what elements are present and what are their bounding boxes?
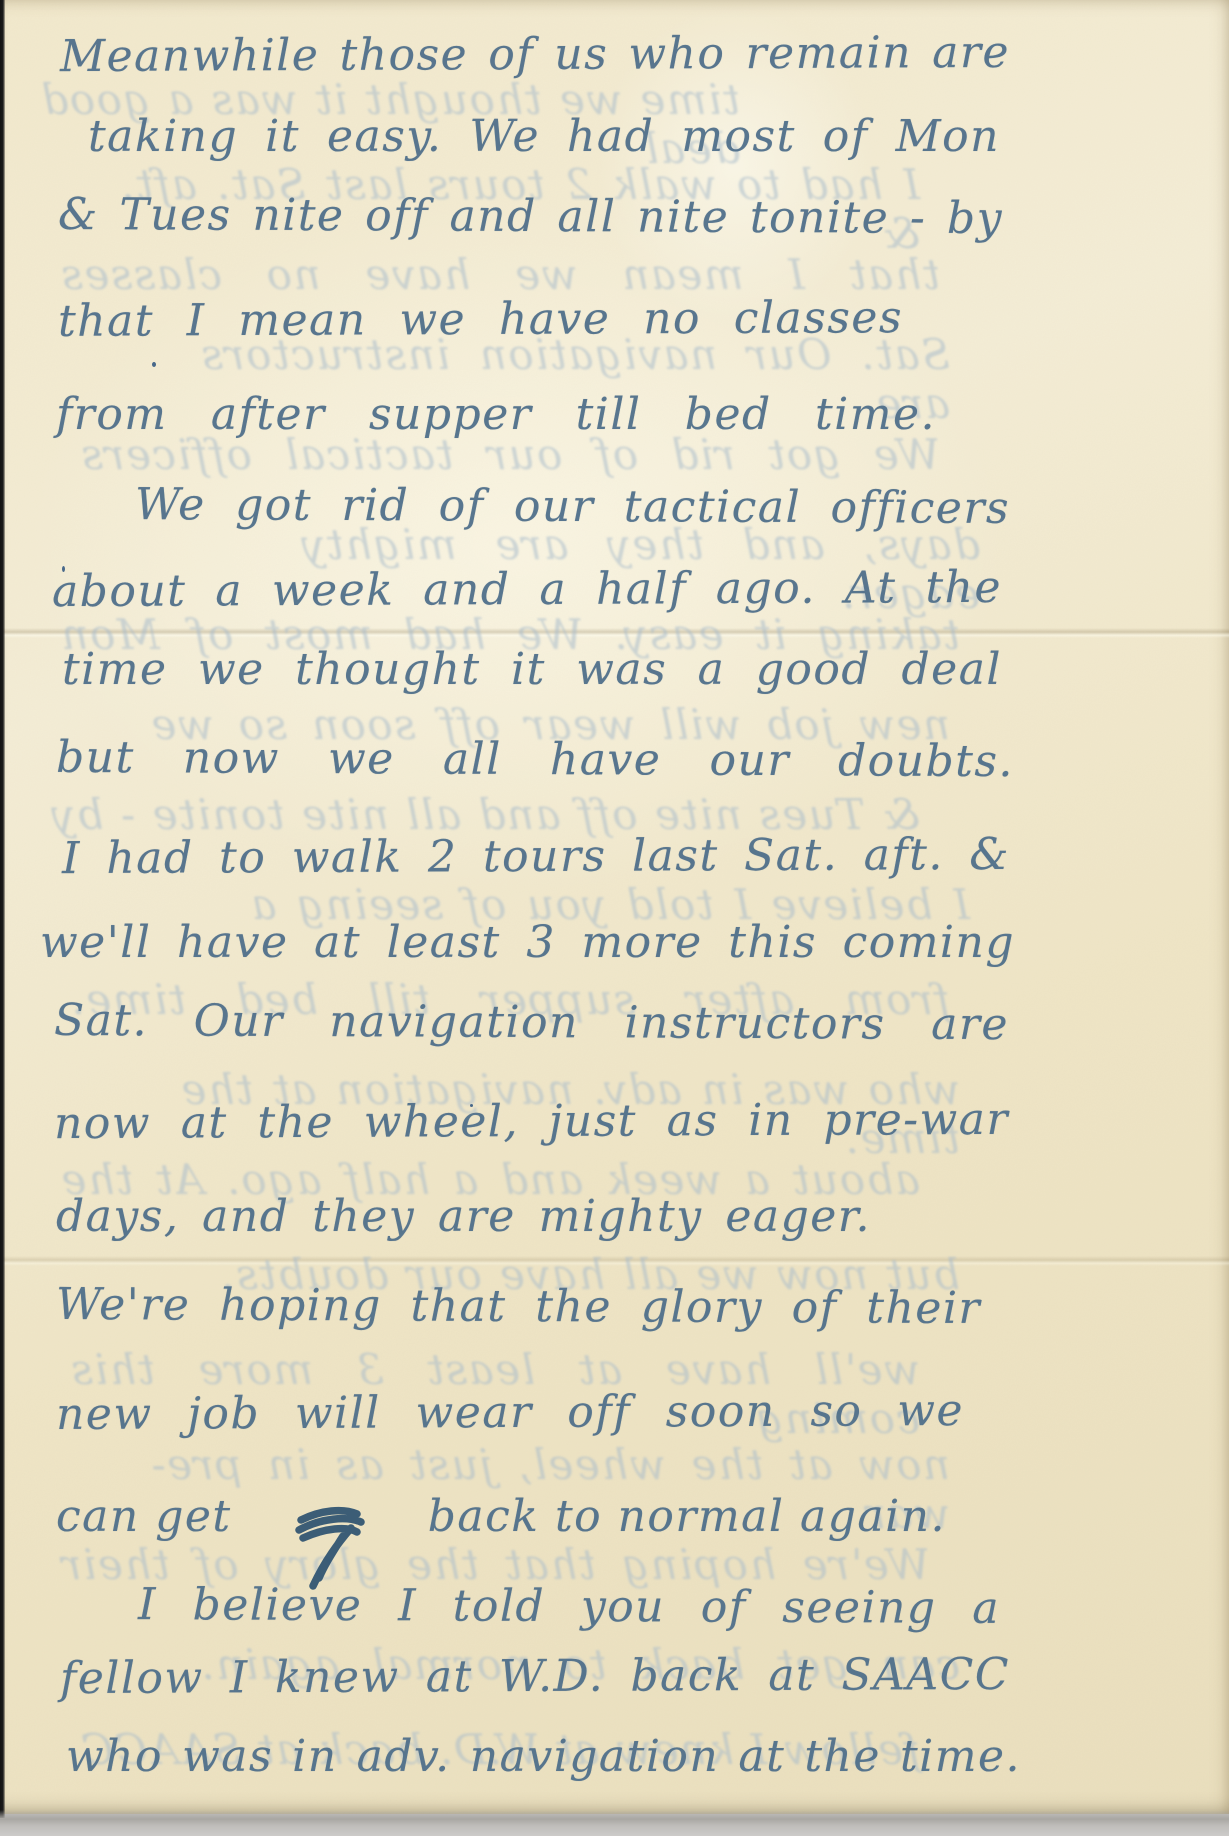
letter-line: fellow I knew at W.D. back at SAACC [60, 1650, 1010, 1705]
letter-line: about a week and a half ago. At the [52, 563, 1002, 618]
letter-line-fragment: back to normal again. [428, 1492, 946, 1543]
letter-line: but now we all have our doubts. [56, 733, 1014, 788]
letter-line: now at the wheel, just as in pre-war [54, 1095, 1009, 1150]
letter-line: that I mean we have no classes [58, 293, 903, 347]
scan-band-bottom [0, 1810, 1229, 1836]
letter-line: taking it easy. We had most of Mon [88, 112, 1000, 163]
letter-line: new job will wear off soon so we [56, 1386, 964, 1441]
letter-line: days, and they are mighty eager. [56, 1192, 871, 1243]
letter-line: I had to walk 2 tours last Sat. aft. & [62, 830, 1010, 885]
letter-line: who was in adv. navigation at the time. [66, 1732, 1021, 1783]
letter-line: Sat. Our navigation instructors are [54, 996, 1009, 1051]
ink-speck [470, 1104, 473, 1107]
letter-line: Meanwhile those of us who remain are [60, 28, 1010, 83]
scanned-letter-page: time we thought it was a good dealI had … [0, 0, 1229, 1836]
letter-line-fragment: can get [56, 1492, 232, 1543]
letter-line: we'll have at least 3 more this coming [40, 918, 1015, 969]
letter-line: & Tues nite off and all nite tonite - by [58, 190, 1003, 245]
letter-line: from after supper till bed time. [56, 390, 936, 441]
scan-edge-left [0, 0, 5, 1818]
letter-line: time we thought it was a good deal [62, 645, 1002, 696]
letter-line: I believe I told you of seeing a [138, 1580, 1000, 1634]
ink-speck [152, 362, 156, 367]
ink-speck [62, 566, 65, 572]
letter-text-layer: Meanwhile those of us who remain aretaki… [0, 0, 1229, 1836]
letter-line: We're hoping that the glory of their [56, 1280, 981, 1335]
letter-line: We got rid of our tactical officers [135, 480, 1010, 534]
